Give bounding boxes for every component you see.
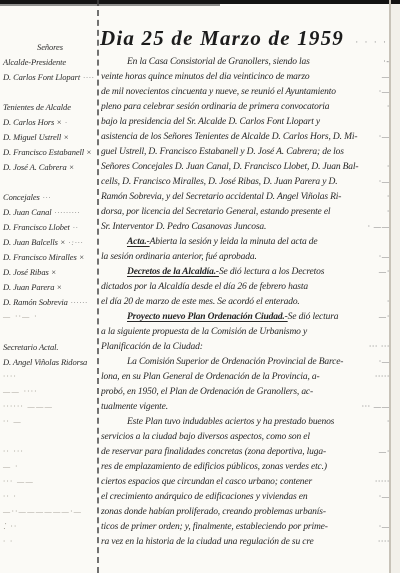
manuscript-line-text: bajo la presidencia del Sr. Alcalde D. C… (101, 117, 320, 127)
margin-line-text: D. Miguel Ustrell × (3, 132, 69, 142)
margin-line-text: ······ ——— (3, 402, 53, 411)
manuscript-line: Proyecto nuevo Plan Ordenación Ciudad.- … (101, 312, 390, 327)
line-end-ink-marks: · (383, 192, 390, 201)
margin-ink-noise: — ··— · (3, 312, 97, 327)
margin-line-text: D. José Ribas × (3, 267, 56, 277)
manuscript-line: Decretos de la Alcaldía.- Se dió lectura… (101, 267, 390, 282)
line-end-ink-marks: · —— (364, 222, 390, 231)
margin-ink-noise: ·· · (3, 492, 97, 507)
manuscript-line: pleno para celebrar sesión ordinaria de … (101, 102, 390, 117)
underlined-section-heading: Decretos de la Alcaldía.- (127, 267, 219, 277)
title-trailing-dots: · · · · (355, 37, 388, 47)
line-end-ink-marks: ·— (375, 492, 390, 501)
line-end-ink-marks: ·— (375, 132, 390, 141)
margin-ink-noise: — · (3, 462, 97, 477)
margin-line: D. Carlos Font Llopart···· (3, 72, 97, 87)
manuscript-line: dictados por la Alcaldía desde el día 26… (101, 282, 390, 297)
margin-dotted-leader: ··· (43, 193, 52, 202)
margin-line: D. José A. Cabrera × (3, 162, 97, 177)
manuscript-line-text: el crecimiento anárquico de edificacione… (101, 492, 307, 502)
manuscript-line-text: La Comisión Superior de Ordenación Provi… (127, 357, 343, 367)
margin-line (3, 177, 97, 192)
margin-line-text: D. Francisco Llobet (3, 222, 70, 232)
manuscript-line-text: el día 20 de marzo de este mes. Se acord… (101, 297, 300, 307)
margin-dotted-leader: · (65, 118, 68, 127)
margin-line-text: D. Ramón Sobrevia (3, 297, 68, 307)
margin-line-text: ···· (3, 372, 17, 381)
manuscript-line: Ramón Sobrevia, y del Secretario acciden… (101, 192, 390, 207)
margin-line-text: ·· ··· (3, 447, 24, 456)
manuscript-line-text: En la Casa Consistorial de Granollers, s… (127, 57, 310, 67)
manuscript-line-text: Abierta la sesión y leida la minuta del … (150, 237, 318, 247)
manuscript-line-text: guel Ustrell, D. Francisco Estabanell y … (101, 147, 344, 157)
manuscript-line-text: ciertos espacios que circundan el casco … (101, 477, 312, 487)
manuscript-line-text: probó, en 1950, el Plan de Ordenación de… (101, 387, 313, 397)
manuscript-line-text: dorsa, por licencia del Secretario Gener… (101, 207, 330, 217)
line-end-ink-marks: ·- (379, 57, 390, 66)
margin-line-text: Señores (37, 42, 63, 52)
line-end-ink-marks: ·— (375, 357, 390, 366)
line-end-ink-marks: ····· (371, 372, 390, 381)
manuscript-page: Dia 25 de Marzo de 1959 · · · · SeñoresA… (0, 0, 400, 573)
margin-line-text: D. Francisco Estabanell × (3, 147, 92, 157)
session-date-heading-row: Dia 25 de Marzo de 1959 · · · · (100, 26, 388, 51)
margin-ink-noise: · · (3, 537, 97, 552)
margin-line: Señores (3, 42, 97, 57)
manuscript-line: servicios a la ciudad bajo diversos aspe… (101, 432, 390, 447)
margin-line: D. Juan Balcells ×·:··· (3, 237, 97, 252)
manuscript-line: ciertos espacios que circundan el casco … (101, 477, 390, 492)
margin-line: D. Juan Canal········· (3, 207, 97, 222)
manuscript-line: bajo la presidencia del Sr. Alcalde D. C… (101, 117, 390, 132)
manuscript-line: cells, D. Francisco Miralles, D. José Ri… (101, 177, 390, 192)
margin-line: D. Francisco Llobet·· (3, 222, 97, 237)
manuscript-line-text: res de emplazamiento de edificios públic… (101, 462, 327, 472)
margin-dotted-leader: ········· (55, 208, 81, 217)
manuscript-line: Sr. Interventor D. Pedro Casanovas Junco… (101, 222, 390, 237)
manuscript-line: tualmente vigente.··· —— (101, 402, 390, 417)
margin-line: D. Francisco Estabanell × (3, 147, 97, 162)
line-end-ink-marks: ··· —— (358, 402, 390, 411)
margin-line-text: Alcalde-Presidente (3, 57, 66, 67)
manuscript-line-text: Se dió lectura a los Decretos (219, 267, 324, 277)
margin-line: D. Angel Viñolas Ridorsa (3, 357, 97, 372)
margin-ink-noise: ·· ··· (3, 447, 97, 462)
manuscript-line: Señores Concejales D. Juan Canal, D. Fra… (101, 162, 390, 177)
manuscript-line: asistencia de los Señores Tenientes de A… (101, 132, 390, 147)
manuscript-line-text: ra vez en la historia de la ciudad una r… (101, 537, 314, 547)
margin-ink-noise (3, 432, 97, 447)
margin-line-text: D. Carlos Hors × (3, 117, 62, 127)
margin-dotted-leader: ···· (83, 73, 95, 82)
manuscript-line-text: ticos de primer orden; y, finalmente, es… (101, 522, 328, 532)
margin-line-text: D. Juan Balcells × (3, 237, 65, 247)
margin-line-text: ·· — (3, 417, 22, 426)
scan-edge-artifact-secondary (0, 4, 220, 6)
manuscript-line-text: de reservar para finalidades concretas (… (101, 447, 326, 457)
manuscript-line: Este Plan tuvo indudables aciertos y ha … (101, 417, 390, 432)
margin-line (3, 87, 97, 102)
margin-line-text: D. Juan Parera × (3, 282, 62, 292)
manuscript-line: dorsa, por licencia del Secretario Gener… (101, 207, 390, 222)
manuscript-line: Planificación de la Ciudad:··· ··· (101, 342, 390, 357)
margin-ink-noise: ··· —— (3, 477, 97, 492)
margin-line: D. Miguel Ustrell × (3, 132, 97, 147)
manuscript-line: a la siguiente propuesta de la Comisión … (101, 327, 390, 342)
margin-line: D. Carlos Hors ×· (3, 117, 97, 132)
manuscript-line: la sesión ordinaria anterior, fué aproba… (101, 252, 390, 267)
manuscript-line-text: pleno para celebrar sesión ordinaria de … (101, 102, 329, 112)
margin-line-text: · · (3, 537, 14, 546)
line-end-ink-marks: — (378, 72, 390, 81)
manuscript-line-text: de mil novecientos cincuenta y nueve, se… (101, 87, 336, 97)
manuscript-line-text: dictados por la Alcaldía desde el día 26… (101, 282, 308, 292)
manuscript-line: lona, en su Plan General de Ordenación d… (101, 372, 390, 387)
line-end-ink-marks: ·— (375, 87, 390, 96)
manuscript-line: zonas donde habían proliferado, creando … (101, 507, 390, 522)
manuscript-line: res de emplazamiento de edificios públic… (101, 462, 390, 477)
margin-line: D. Ramón Sobrevia······ (3, 297, 97, 312)
manuscript-line-text: tualmente vigente. (101, 402, 168, 412)
session-date-heading: Dia 25 de Marzo de 1959 (100, 26, 344, 51)
line-end-ink-marks: —· (375, 312, 390, 321)
page-edge-shade (391, 0, 400, 573)
manuscript-line: probó, en 1950, el Plan de Ordenación de… (101, 387, 390, 402)
margin-ink-noise: ······ ——— (3, 402, 97, 417)
margin-line-text: D. Juan Canal (3, 207, 52, 217)
manuscript-line: el crecimiento anárquico de edificacione… (101, 492, 390, 507)
line-end-ink-marks: ·— (375, 177, 390, 186)
margin-ink-noise: —··——————·— (3, 507, 97, 522)
margin-line-text: Secretario Actal. (3, 342, 58, 352)
margin-ink-noise: —— ···· (3, 387, 97, 402)
manuscript-line-text: Señores Concejales D. Juan Canal, D. Fra… (101, 162, 358, 172)
manuscript-line: Acta.- Abierta la sesión y leida la minu… (101, 237, 390, 252)
line-end-ink-marks: ·— (375, 252, 390, 261)
attendees-margin: SeñoresAlcalde-PresidenteD. Carlos Font … (3, 42, 97, 552)
manuscript-line-text: Este Plan tuvo indudables aciertos y ha … (127, 417, 334, 427)
manuscript-line: En la Casa Consistorial de Granollers, s… (101, 57, 390, 72)
line-end-ink-marks: ····· (371, 477, 390, 486)
line-end-ink-marks: ·— (375, 522, 390, 531)
manuscript-line-text: servicios a la ciudad bajo diversos aspe… (101, 432, 310, 442)
manuscript-line-text: veinte horas quince minutos del dia vein… (101, 72, 309, 82)
margin-line: Tenientes de Alcalde (3, 102, 97, 117)
manuscript-line: guel Ustrell, D. Francisco Estabanell y … (101, 147, 390, 162)
line-end-ink-marks: · (383, 297, 390, 306)
manuscript-line-text: la sesión ordinaria anterior, fué aproba… (101, 252, 257, 262)
margin-line: Secretario Actal. (3, 342, 97, 357)
margin-line-text: ··· —— (3, 477, 34, 486)
margin-line-text: Tenientes de Alcalde (3, 102, 71, 112)
line-end-ink-marks: —· (375, 267, 390, 276)
manuscript-line: ra vez en la historia de la ciudad una r… (101, 537, 390, 552)
margin-line: D. José Ribas × (3, 267, 97, 282)
margin-line-text: Concejales (3, 192, 40, 202)
line-end-ink-marks: ···· (374, 537, 390, 546)
manuscript-line-text: Planificación de la Ciudad: (101, 342, 203, 352)
margin-dotted-leader: ······ (71, 298, 88, 307)
margin-line-text: —— ···· (3, 387, 38, 396)
underlined-section-heading: Proyecto nuevo Plan Ordenación Ciudad.- (127, 312, 288, 322)
manuscript-line-text: Sr. Interventor D. Pedro Casanovas Junco… (101, 222, 266, 232)
manuscript-line-text: a la siguiente propuesta de la Comisión … (101, 327, 307, 337)
line-end-ink-marks: · (383, 207, 390, 216)
line-end-ink-marks: · (383, 162, 390, 171)
margin-line-text: D. José A. Cabrera × (3, 162, 74, 172)
margin-line-text: D. Angel Viñolas Ridorsa (3, 357, 87, 367)
margin-dotted-leader: ·:··· (68, 238, 83, 247)
manuscript-line: veinte horas quince minutos del dia vein… (101, 72, 390, 87)
manuscript-line-text: lona, en su Plan General de Ordenación d… (101, 372, 320, 382)
margin-line-text: ⁚ ·· (3, 522, 18, 531)
line-end-ink-marks: ··· ··· (365, 342, 390, 351)
underlined-section-heading: Acta.- (127, 237, 150, 247)
margin-line-text: — · (3, 462, 19, 471)
margin-divider-rule (97, 0, 99, 573)
manuscript-line: ticos de primer orden; y, finalmente, es… (101, 522, 390, 537)
manuscript-line-text: Ramón Sobrevia, y del Secretario acciden… (101, 192, 341, 202)
line-end-ink-marks: —· (375, 447, 390, 456)
manuscript-line: de mil novecientos cincuenta y nueve, se… (101, 87, 390, 102)
margin-line: D. Francisco Miralles × (3, 252, 97, 267)
manuscript-line: La Comisión Superior de Ordenación Provi… (101, 357, 390, 372)
manuscript-line-text: zonas donde habían proliferado, creando … (101, 507, 326, 517)
margin-ink-noise: ···· (3, 372, 97, 387)
manuscript-line-text: asistencia de los Señores Tenientes de A… (101, 132, 357, 142)
margin-line-text: D. Francisco Miralles × (3, 252, 84, 262)
margin-line-text: ·· · (3, 492, 17, 501)
manuscript-line-text: cells, D. Francisco Miralles, D. José Ri… (101, 177, 337, 187)
line-end-ink-marks: · (383, 417, 390, 426)
manuscript-line: el día 20 de marzo de este mes. Se acord… (101, 297, 390, 312)
margin-line-text: —··——————·— (3, 507, 82, 516)
line-end-ink-marks: · (383, 102, 390, 111)
margin-line: Concejales··· (3, 192, 97, 207)
margin-line-text: D. Carlos Font Llopart (3, 72, 80, 82)
margin-ink-noise: ·· — (3, 417, 97, 432)
margin-line-text: — ··— · (3, 312, 38, 321)
margin-line: D. Juan Parera × (3, 282, 97, 297)
margin-dotted-leader: ·· (73, 223, 79, 232)
margin-line (3, 327, 97, 342)
minutes-body: En la Casa Consistorial de Granollers, s… (101, 57, 390, 552)
margin-line: Alcalde-Presidente (3, 57, 97, 72)
margin-ink-noise: ⁚ ·· (3, 522, 97, 537)
manuscript-line-text: Se dió lectura (288, 312, 339, 322)
manuscript-line: de reservar para finalidades concretas (… (101, 447, 390, 462)
